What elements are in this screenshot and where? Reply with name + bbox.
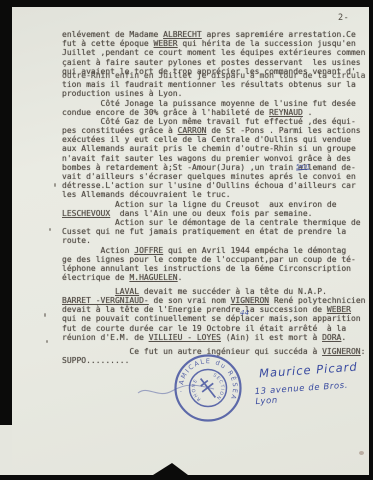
- typed-line: fut à cette époque WEBER qui hérita de l…: [62, 39, 370, 48]
- typed-line: çaient à faire sauter pylones et postes …: [62, 58, 370, 67]
- scan-notch: [153, 463, 188, 475]
- typed-line: pes constituées grâce à CARRON de St -Po…: [62, 126, 370, 135]
- page-number: 2-: [338, 13, 349, 23]
- typed-line: Action sur le démontage de la centrale t…: [62, 218, 370, 227]
- typed-line: détresse.L'action sur l'usine d'Oullins …: [62, 181, 370, 190]
- paper-edge-patch: [0, 425, 12, 475]
- ink-speck: [44, 313, 46, 317]
- typed-line: Juillet ,pendant ce court moment les équ…: [62, 48, 370, 57]
- typed-text-block: enlévement de Madame ALBRECHT apres sapr…: [62, 30, 370, 365]
- margin-annotation-5mn: 5mn: [296, 163, 310, 171]
- ink-speck: [46, 340, 48, 343]
- typed-line: production usines à Lyon.: [62, 89, 370, 98]
- typed-line: vait d'ailleurs s'écraser quelques minut…: [62, 172, 370, 181]
- typed-line: aux Allemands aurait pris le chemin d'ou…: [62, 144, 370, 153]
- typed-line: n'avait fait sauter les wagons du premie…: [62, 154, 370, 163]
- typed-line: Action sur la ligne du Creusot aux envir…: [62, 200, 370, 209]
- typed-line: condue encore de 30% grâce à l'habileté …: [62, 108, 370, 117]
- ink-speck: [54, 183, 56, 187]
- ink-speck: [49, 228, 51, 231]
- scan-smudge: [359, 451, 364, 455]
- margin-annotation-44: 44: [240, 309, 249, 317]
- stamp-arc-text: · AMICALE du RÉSEAU: [132, 348, 239, 402]
- typed-line: ge des lignes pour le compte de l'occupa…: [62, 255, 370, 264]
- typed-line: enlévement de Madame ALBRECHT apres sapr…: [62, 30, 370, 39]
- typed-line: les Allemands découvraient le truc.: [62, 190, 370, 199]
- typed-line: qui ne pouvait continuellement se déplac…: [62, 314, 370, 323]
- typed-line: outre-Rhin enfin en Juillet je disparu à…: [62, 71, 370, 80]
- association-stamp: · AMICALE du RÉSEAU SECTION RHONE: [132, 348, 248, 432]
- typed-line: fut de courte durée car le 19 Octobre il…: [62, 324, 370, 333]
- typed-line: électrique de M.HAGUELEN.: [62, 273, 370, 282]
- typed-line: tion mais il faudrait mentionner les rés…: [62, 80, 370, 89]
- typed-line: léphone annulant les instructions de la …: [62, 264, 370, 273]
- typed-line: Côté Jonage la puissance moyenne de l'us…: [62, 99, 370, 108]
- typed-line: Action JOFFRE qui en Avril 1944 empécha …: [62, 246, 370, 255]
- typed-line: LESCHEVOUX dans l'Ain une ou deux fois p…: [62, 209, 370, 218]
- scanned-document-page: 2- enlévement de Madame ALBRECHT apres s…: [0, 0, 373, 480]
- svg-text:· AMICALE du RÉSEAU: · AMICALE du RÉSEAU: [132, 348, 239, 402]
- typed-line: LAVAL devait me succéder à la tête du N.…: [62, 287, 370, 296]
- typed-line: Côté Gaz de Lyon même travail fut effect…: [62, 117, 370, 126]
- typed-line: réunion d'E.M. de VILLIEU - LOYES (Ain) …: [62, 333, 370, 342]
- typed-line: Cusset qui ne fut jamais pratiquement en…: [62, 227, 370, 236]
- typed-line: bombes à retardement à;St -Amour(Jura) ,…: [62, 163, 370, 172]
- typed-line: route.: [62, 236, 370, 245]
- typed-line: BARRET -VERGNIAUD- de son vrai nom VIGNE…: [62, 296, 370, 305]
